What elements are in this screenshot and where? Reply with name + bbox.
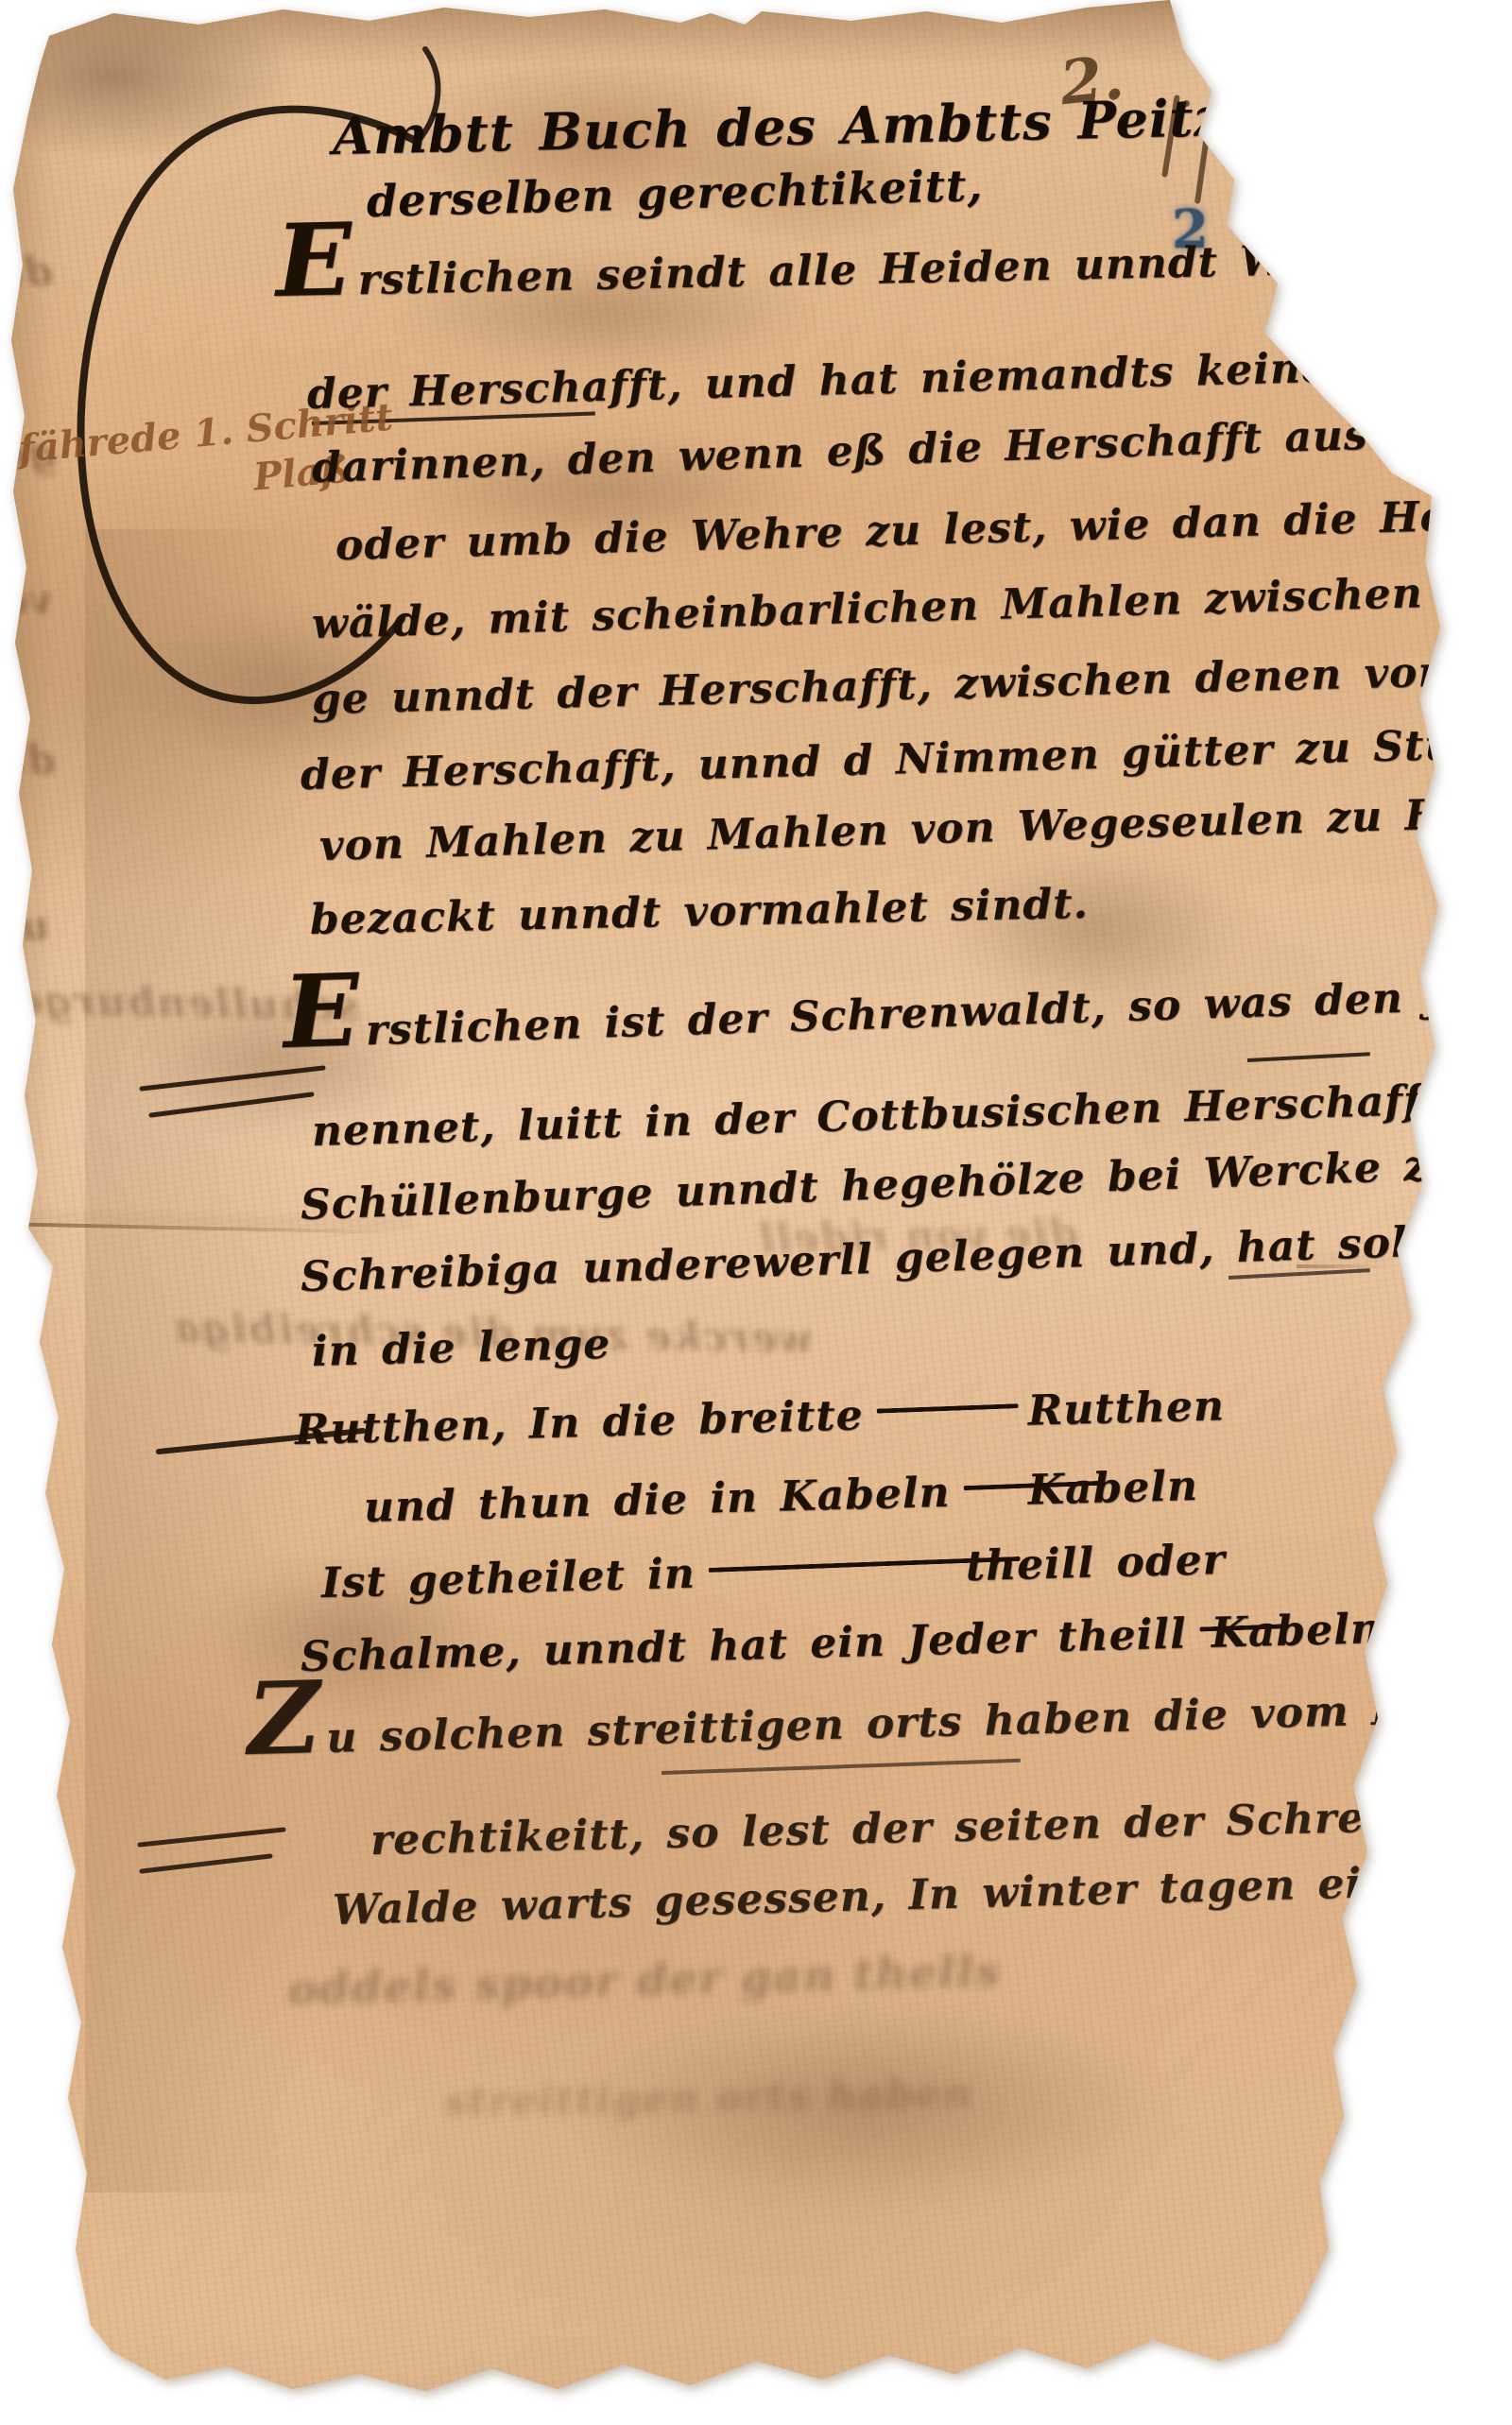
bleedthrough-text: kabeln rutthen theill	[0, 1550, 58, 1614]
bleedthrough-text: in winter tagen	[0, 1817, 55, 1870]
parchment-page: der herschafft wälde gerechtikeitt unndt…	[0, 0, 1512, 2425]
manuscript-scan: der herschafft wälde gerechtikeitt unndt…	[0, 0, 1512, 2425]
edge-vignette	[0, 0, 1512, 2425]
parchment-wrapper: der herschafft wälde gerechtikeitt unndt…	[0, 0, 1512, 2425]
